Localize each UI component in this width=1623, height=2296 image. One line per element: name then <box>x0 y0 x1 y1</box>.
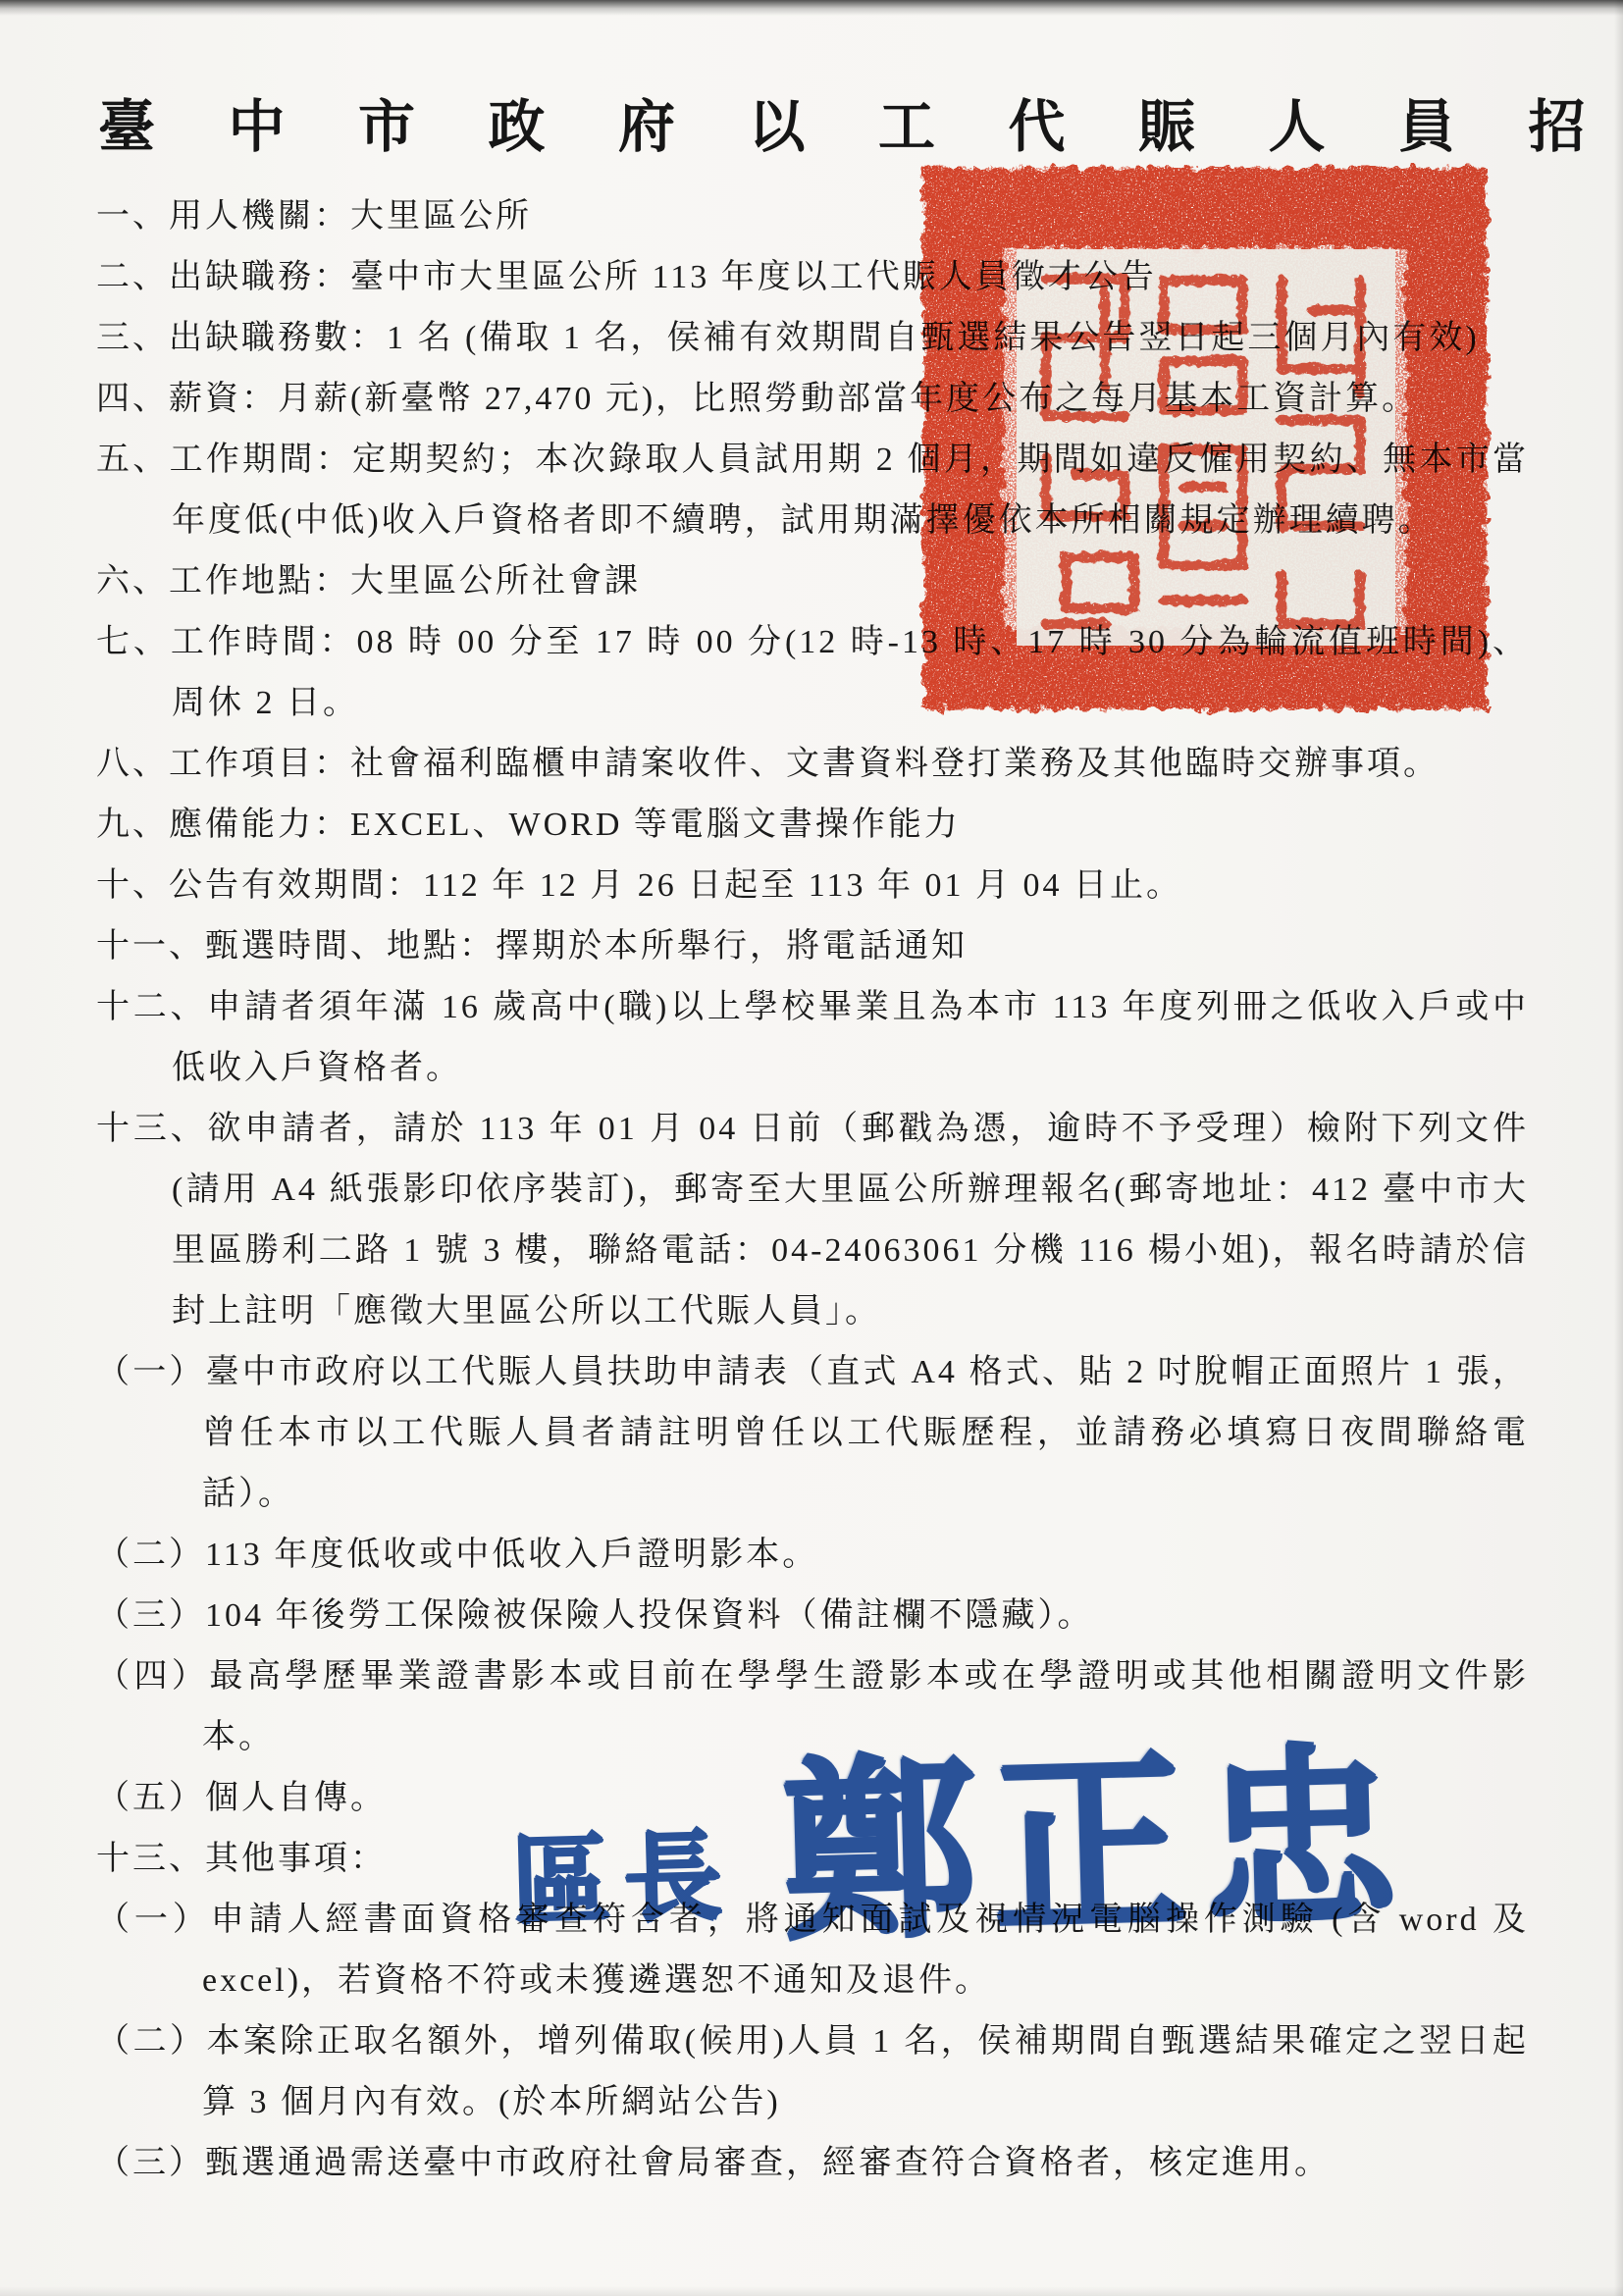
item-8-duties: 八、工作項目：社會福利臨櫃申請案收件、文書資料登打業務及其他臨時交辦事項。 <box>96 734 1529 795</box>
announcement-body: 一、用人機關：大里區公所 二、出缺職務：臺中市大里區公所 113 年度以工代賑人… <box>0 169 1623 2194</box>
item-2-vacancy: 二、出缺職務：臺中市大里區公所 113 年度以工代賑人員徵才公告 <box>96 247 1529 308</box>
item-1-employer: 一、用人機關：大里區公所 <box>96 186 1529 247</box>
item-10-validity: 十、公告有效期間：112 年 12 月 26 日起至 113 年 01 月 04… <box>96 856 1529 916</box>
item-3-openings: 三、出缺職務數：1 名 (備取 1 名，侯補有效期間自甄選結果公告翌日起三個月內… <box>96 308 1529 369</box>
attachment-1-form: （一）臺中市政府以工代賑人員扶助申請表（直式 A4 格式、貼 2 吋脫帽正面照片… <box>96 1342 1529 1525</box>
other-3-approval: （三）甄選通過需送臺中市政府社會局審查，經審查符合資格者，核定進用。 <box>96 2133 1529 2194</box>
item-5-work-period: 五、工作期間：定期契約；本次錄取人員試用期 2 個月，期間如違反僱用契約、無本市… <box>96 430 1529 551</box>
item-12-eligibility: 十二、申請者須年滿 16 歲高中(職)以上學校畢業且為本市 113 年度列冊之低… <box>96 977 1529 1099</box>
item-6-location: 六、工作地點：大里區公所社會課 <box>96 551 1529 612</box>
item-13b-other-matters: 十三、其他事項： <box>96 1829 1529 1890</box>
other-2-waitlist: （二）本案除正取名額外，增列備取(候用)人員 1 名，侯補期間自甄選結果確定之翌… <box>96 2011 1529 2133</box>
attachment-3-insurance: （三）104 年後勞工保險被保險人投保資料（備註欄不隱藏）。 <box>96 1586 1529 1646</box>
attachment-2-proof: （二）113 年度低收或中低收入戶證明影本。 <box>96 1525 1529 1586</box>
other-1-review: （一）申請人經書面資格審查符合者，將通知面試及視情況電腦操作測驗 (含 word… <box>96 1890 1529 2011</box>
scanned-announcement-page: 臺 中 市 政 府 以 工 代 賑 人 員 招 募 公 告 一、用人機關：大里區… <box>0 0 1623 2296</box>
attachment-4-diploma: （四）最高學歷畢業證書影本或目前在學學生證影本或在學證明或其他相關證明文件影本。 <box>96 1646 1529 1768</box>
item-4-salary: 四、薪資：月薪(新臺幣 27,470 元)，比照勞動部當年度公布之每月基本工資計… <box>96 369 1529 430</box>
page-title: 臺 中 市 政 府 以 工 代 賑 人 員 招 募 公 告 <box>0 0 1623 169</box>
item-7-hours: 七、工作時間：08 時 00 分至 17 時 00 分(12 時-13 時、17… <box>96 612 1529 734</box>
attachment-5-autobiography: （五）個人自傳。 <box>96 1768 1529 1829</box>
item-13-application: 十三、欲申請者，請於 113 年 01 月 04 日前（郵戳為憑，逾時不予受理）… <box>96 1099 1529 1342</box>
item-11-selection: 十一、甄選時間、地點：擇期於本所舉行，將電話通知 <box>96 916 1529 977</box>
scanner-edge-bottom <box>0 2286 1623 2296</box>
item-9-skills: 九、應備能力：EXCEL、WORD 等電腦文書操作能力 <box>96 795 1529 856</box>
